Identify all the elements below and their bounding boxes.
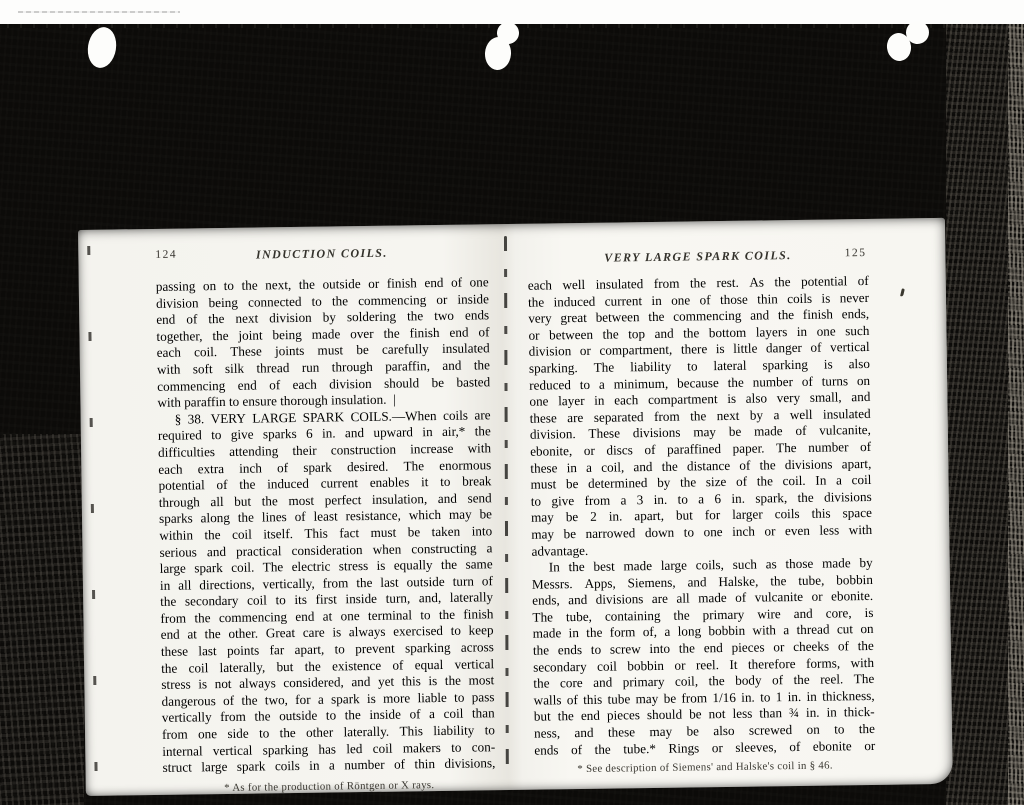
left-page-number: 124 xyxy=(155,249,177,261)
right-page-body: eachwellinsulatedfromtherest.Asthepotent… xyxy=(528,273,876,759)
scan-noise-left xyxy=(0,434,84,805)
copier-streak xyxy=(18,11,180,13)
text-line: structlargesparkcoilsinanumberofthindivi… xyxy=(162,755,495,776)
left-page-header: 124 INDUCTION COILS. xyxy=(155,244,488,267)
right-page-header: VERY LARGE SPARK COILS. 125 xyxy=(527,247,868,270)
right-page-footnote: * See description of Siemens' and Halske… xyxy=(534,759,875,776)
book-gutter-shadow xyxy=(504,236,509,780)
scanned-book-photocopy: { "colors": { "paper": "#f6f4ef", "ink":… xyxy=(0,0,1024,805)
open-book: 124 INDUCTION COILS. passingontothenext,… xyxy=(78,218,953,796)
left-running-title: INDUCTION COILS. xyxy=(155,244,488,264)
left-page-body: passingontothenext,theoutsideorfinishend… xyxy=(156,274,496,776)
stray-ink-mark xyxy=(900,288,905,296)
page-edge-marks xyxy=(87,246,97,786)
right-running-title: VERY LARGE SPARK COILS. xyxy=(527,247,868,267)
right-page-number: 125 xyxy=(845,247,867,259)
scan-noise-right-edge xyxy=(1008,24,1024,805)
